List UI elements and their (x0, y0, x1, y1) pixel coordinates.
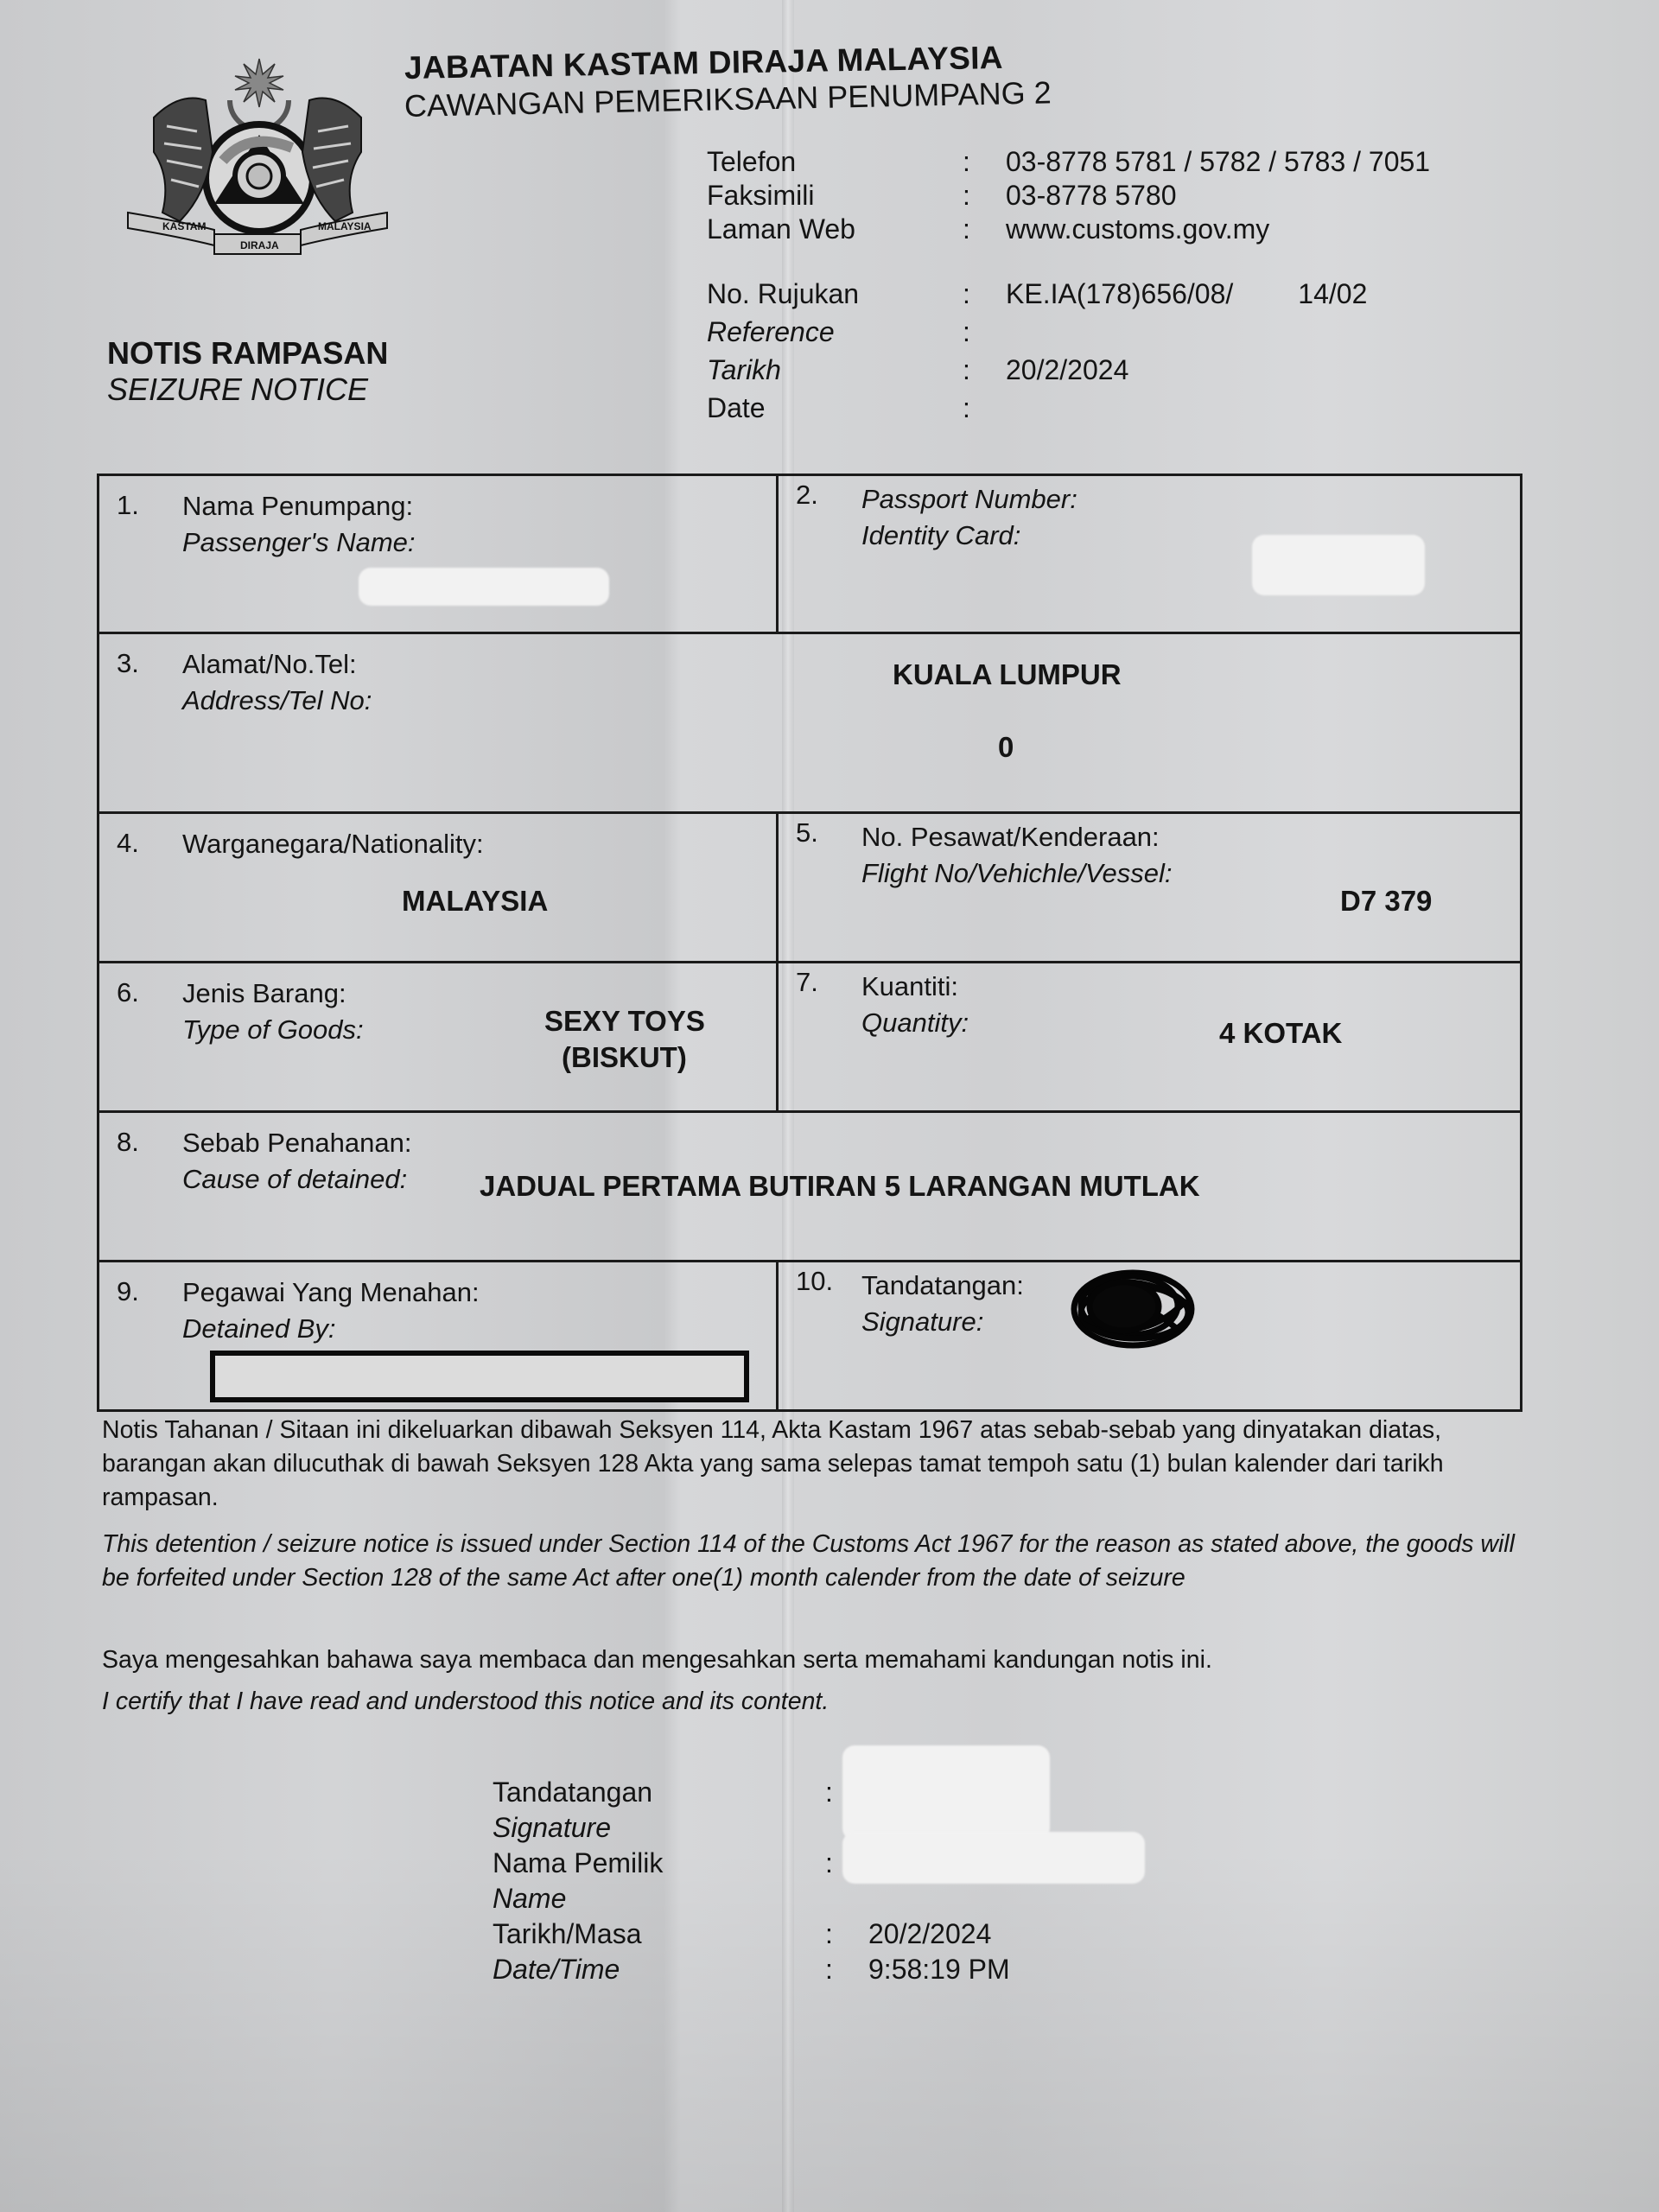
svg-text:KASTAM: KASTAM (162, 220, 206, 232)
form-row-1: 1. Nama Penumpang:Passenger's Name: 2. P… (97, 474, 1522, 634)
date-label-en: Date (707, 389, 963, 427)
ack-name-label: Nama Pemilik (493, 1846, 825, 1881)
redacted-officer-name (210, 1351, 749, 1402)
field-nationality: 4. Warganegara/Nationality: MALAYSIA (99, 814, 779, 961)
goods-value-line2: (BISKUT) (562, 1041, 687, 1074)
field-detained-by: 9. Pegawai Yang Menahan:Detained By: (99, 1262, 779, 1409)
svg-text:MALAYSIA: MALAYSIA (318, 220, 372, 232)
field-cause: 8. Sebab Penahanan:Cause of detained: JA… (99, 1113, 1520, 1260)
ack-datetime-label: Tarikh/Masa (493, 1916, 825, 1952)
cause-value: JADUAL PERTAMA BUTIRAN 5 LARANGAN MUTLAK (480, 1170, 1200, 1203)
notice-subtitle: SEIZURE NOTICE (107, 372, 368, 408)
tel-value: 0 (998, 731, 1014, 764)
notice-title: NOTIS RAMPASAN (107, 335, 388, 372)
contact-phone: Telefon: 03-8778 5781 / 5782 / 5783 / 70… (707, 145, 1430, 179)
goods-value-line1: SEXY TOYS (544, 1005, 705, 1038)
field-flight-number: 5. No. Pesawat/Kenderaan:Flight No/Vehic… (779, 814, 1520, 961)
ack-name-label-en: Name (493, 1881, 825, 1916)
field-signature: 10. Tandatangan:Signature: (779, 1262, 1520, 1409)
svg-text:DIRAJA: DIRAJA (240, 239, 279, 251)
field-address: 3. Alamat/No.Tel:Address/Tel No: KUALA L… (99, 634, 1520, 811)
phone-value: 03-8778 5781 / 5782 / 5783 / 7051 (1006, 145, 1430, 179)
contact-web: Laman Web: www.customs.gov.my (707, 213, 1430, 246)
form-row-4: 6. Jenis Barang:Type of Goods: SEXY TOYS… (97, 963, 1522, 1113)
ack-signature-label: Tandatangan (493, 1775, 825, 1810)
redacted-owner-signature (842, 1745, 1050, 1840)
redacted-name (359, 568, 609, 606)
reference-label-en: Reference (707, 313, 963, 351)
date-label-ms: Tarikh (707, 351, 963, 389)
fax-value: 03-8778 5780 (1006, 179, 1177, 213)
flight-value: D7 379 (1340, 885, 1432, 918)
web-value: www.customs.gov.my (1006, 213, 1269, 246)
field-passport-number: 2. Passport Number:Identity Card: (779, 476, 1520, 632)
ack-time-value: 9:58:19 PM (868, 1952, 1010, 1987)
seizure-form: 1. Nama Penumpang:Passenger's Name: 2. P… (97, 474, 1522, 1412)
phone-label: Telefon (707, 145, 963, 179)
certify-text-en: I certify that I have read and understoo… (102, 1685, 1536, 1719)
fax-label: Faksimili (707, 179, 963, 213)
contact-block: Telefon: 03-8778 5781 / 5782 / 5783 / 70… (707, 145, 1430, 246)
reference-label-ms: No. Rujukan (707, 275, 963, 313)
redacted-passport (1252, 535, 1425, 595)
date-value: 20/2/2024 (1006, 351, 1128, 389)
legal-text-ms: Notis Tahanan / Sitaan ini dikeluarkan d… (102, 1414, 1536, 1515)
field-quantity: 7. Kuantiti:Quantity: 4 KOTAK (779, 963, 1520, 1110)
reference-value: KE.IA(178)656/08/ (1006, 275, 1233, 313)
reference-suffix: 14/02 (1298, 275, 1367, 313)
quantity-value: 4 KOTAK (1219, 1017, 1342, 1050)
form-row-5: 8. Sebab Penahanan:Cause of detained: JA… (97, 1113, 1522, 1262)
ack-signature-label-en: Signature (493, 1810, 825, 1846)
ack-datetime-label-en: Date/Time (493, 1952, 825, 1987)
legal-text-en: This detention / seizure notice is issue… (102, 1528, 1536, 1595)
reference-block: No. Rujukan: KE.IA(178)656/08/ 14/02 Ref… (707, 275, 1367, 427)
field-goods-type: 6. Jenis Barang:Type of Goods: SEXY TOYS… (99, 963, 779, 1110)
form-row-3: 4. Warganegara/Nationality: MALAYSIA 5. … (97, 814, 1522, 963)
form-row-6: 9. Pegawai Yang Menahan:Detained By: 10.… (97, 1262, 1522, 1412)
redacted-owner-name (842, 1832, 1145, 1884)
field-passenger-name: 1. Nama Penumpang:Passenger's Name: (99, 476, 779, 632)
certify-text-ms: Saya mengesahkan bahawa saya membaca dan… (102, 1643, 1536, 1677)
nationality-value: MALAYSIA (402, 885, 548, 918)
address-value: KUALA LUMPUR (893, 658, 1122, 691)
form-row-2: 3. Alamat/No.Tel:Address/Tel No: KUALA L… (97, 634, 1522, 814)
customs-crest-logo: KASTAM DIRAJA MALAYSIA (119, 48, 396, 256)
web-label: Laman Web (707, 213, 963, 246)
contact-fax: Faksimili: 03-8778 5780 (707, 179, 1430, 213)
ack-date-value: 20/2/2024 (868, 1916, 991, 1952)
scribbled-signature (1064, 1259, 1211, 1363)
